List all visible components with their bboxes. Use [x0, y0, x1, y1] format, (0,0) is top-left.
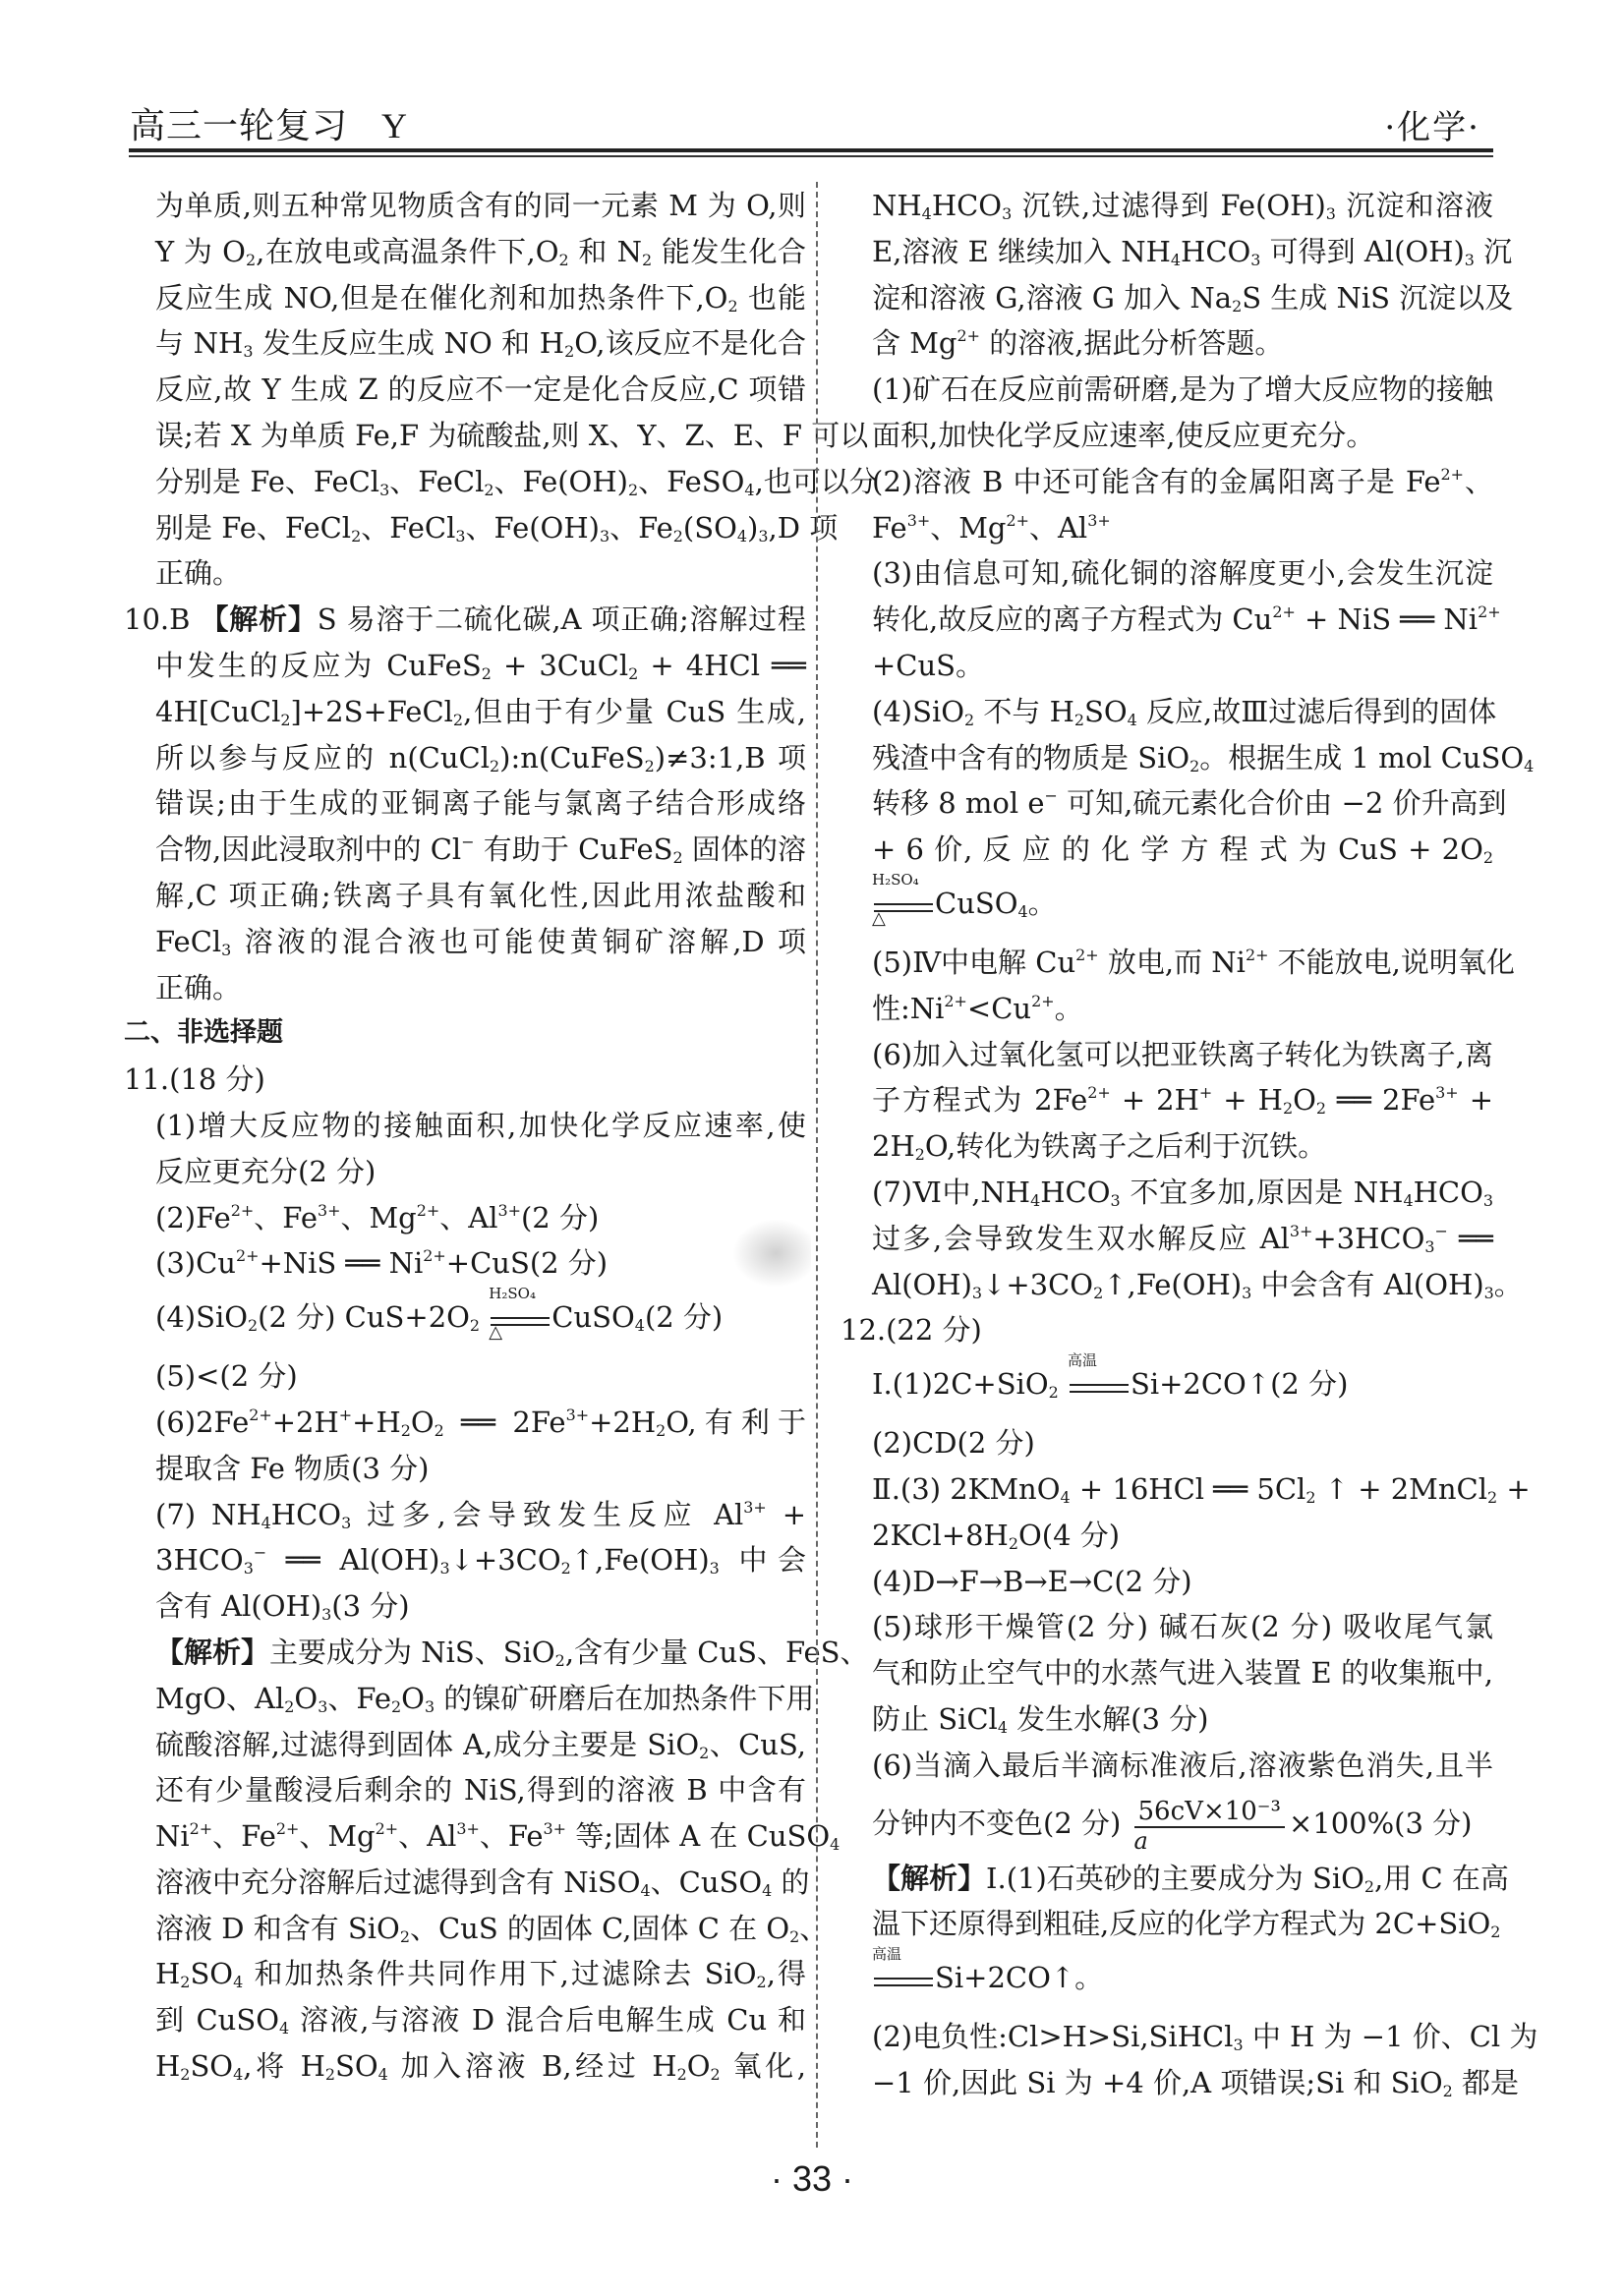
text-line: H₂SO₄△CuSO4。: [841, 873, 1493, 940]
text-line: Al(OH)3↓+3CO2↑,Fe(OH)3 中会含有 Al(OH)3。: [841, 1262, 1493, 1308]
text-line: (1)矿石在反应前需研磨,是为了增大反应物的接触: [841, 367, 1493, 413]
text-line: NH4HCO3 沉铁,过滤得到 Fe(OH)3 沉淀和溶液: [841, 183, 1493, 229]
header-course: 高三一轮复习: [130, 106, 348, 146]
text-line: (4)SiO2 不与 H2SO4 反应,故Ⅲ过滤后得到的固体: [841, 689, 1493, 735]
text-line: 含有 Al(OH)3(3 分): [124, 1583, 806, 1630]
text-line: 提取含 Fe 物质(3 分): [124, 1446, 806, 1492]
text-line: (7)Ⅵ中,NH4HCO3 不宜多加,原因是 NH4HCO3: [841, 1170, 1493, 1216]
text-line: (4)SiO2(2 分) CuS+2O2 H₂SO₄△CuSO4(2 分): [124, 1287, 806, 1353]
text-line: (1)增大反应物的接触面积,加快化学反应速率,使: [124, 1103, 806, 1149]
text-line: (6)加入过氧化氢可以把亚铁离子转化为铁离子,离: [841, 1032, 1493, 1078]
analysis-label: 【解析】: [200, 603, 317, 636]
text-line: (6)当滴入最后半滴标准液后,溶液紫色消失,且半: [841, 1743, 1493, 1789]
text-line: FeCl3 溶液的混合液也可能使黄铜矿溶解,D 项: [124, 919, 806, 965]
running-header-title: 高三一轮复习Y: [130, 98, 408, 148]
text-line: 硫酸溶解,过滤得到固体 A,成分主要是 SiO2、CuS,: [124, 1722, 806, 1768]
header-subject: ·化学·: [1384, 100, 1480, 148]
text-line: (6)2Fe2++2H++H2O2 ══ 2Fe3++2H2O,有利于: [124, 1400, 806, 1446]
text-line: 别是 Fe、FeCl2、FeCl3、Fe(OH)3、Fe2(SO4)3,D 项: [124, 505, 806, 551]
text-line: 解,C 项正确;铁离子具有氧化性,因此用浓盐酸和: [124, 873, 806, 919]
text-line: 4H[CuCl2]+2S+FeCl2,但由于有少量 CuS 生成,: [124, 689, 806, 735]
reaction-condition-arrow: H₂SO₄△: [489, 1299, 551, 1339]
text-line: 为单质,则五种常见物质含有的同一元素 M 为 O,则: [124, 183, 806, 229]
analysis-label: 【解析】: [872, 1862, 986, 1895]
text-line: (5)球形干燥管(2 分) 碱石灰(2 分) 吸收尾气氯: [841, 1604, 1493, 1650]
left-column: 为单质,则五种常见物质含有的同一元素 M 为 O,则Y 为 O2,在放电或高温条…: [124, 183, 806, 2090]
text-line: 与 NH3 发生反应生成 NO 和 H2O,该反应不是化合: [124, 320, 806, 367]
analysis-label: 【解析】: [155, 1636, 269, 1669]
text-line: 过多,会导致发生双水解反应 Al3++3HCO3− ══: [841, 1216, 1493, 1262]
text-line: Ni2+、Fe2+、Mg2+、Al3+、Fe3+ 等;固体 A 在 CuSO4: [124, 1813, 806, 1860]
text-line: 10.B 【解析】S 易溶于二硫化碳,A 项正确;溶解过程: [124, 597, 806, 643]
text-line: (4)D→F→B→E→C(2 分): [841, 1559, 1493, 1605]
text-line: (5)<(2 分): [124, 1353, 806, 1400]
fraction: 56cV×10⁻³a: [1134, 1797, 1285, 1854]
text-line: 温下还原得到粗硅,反应的化学方程式为 2C+SiO2: [841, 1901, 1493, 1947]
text-line: H2SO4,将 H2SO4 加入溶液 B,经过 H2O2 氧化,: [124, 2043, 806, 2090]
text-line: Ⅰ.(1)2C+SiO2 高温Si+2CO↑(2 分): [841, 1353, 1493, 1420]
header-rule-thick: [129, 148, 1493, 152]
text-line: 防止 SiCl4 发生水解(3 分): [841, 1696, 1493, 1743]
text-line: (2)电负性:Cl>H>Si,SiHCl3 中 H 为 −1 价、Cl 为: [841, 2014, 1493, 2060]
text-line: 淀和溶液 G,溶液 G 加入 Na2S 生成 NiS 沉淀以及: [841, 275, 1493, 321]
reaction-condition-arrow: 高温: [1068, 1366, 1131, 1406]
text-line: 二、非选择题: [124, 1010, 806, 1057]
text-line: 所以参与反应的 n(CuCl2):n(CuFeS2)≠3:1,B 项: [124, 735, 806, 781]
text-line: +CuS。: [841, 643, 1493, 689]
text-line: 【解析】主要成分为 NiS、SiO2,含有少量 CuS、FeS、: [124, 1630, 806, 1676]
text-line: 性:Ni2+<Cu2+。: [841, 986, 1493, 1032]
header-rule-thin: [129, 155, 1493, 157]
text-line: Ⅱ.(3) 2KMnO4 + 16HCl ══ 5Cl2 ↑ + 2MnCl2 …: [841, 1466, 1493, 1513]
scan-smudge: [732, 1219, 811, 1288]
text-line: 2KCl+8H2O(4 分): [841, 1513, 1493, 1559]
text-line: 含 Mg2+ 的溶液,据此分析答题。: [841, 320, 1493, 367]
text-line: 转移 8 mol e− 可知,硫元素化合价由 −2 价升高到: [841, 780, 1493, 827]
text-line: 分钟内不变色(2 分) 56cV×10⁻³a×100%(3 分): [841, 1789, 1493, 1856]
reaction-condition-arrow: H₂SO₄△: [872, 886, 935, 925]
text-line: 正确。: [124, 965, 806, 1011]
text-line: 中发生的反应为 CuFeS2 + 3CuCl2 + 4HCl ══: [124, 643, 806, 689]
text-line: (3)Cu2++NiS ══ Ni2++CuS(2 分): [124, 1240, 806, 1287]
text-line: 误;若 X 为单质 Fe,F 为硫酸盐,则 X、Y、Z、E、F 可以: [124, 413, 806, 459]
text-line: 【解析】Ⅰ.(1)石英砂的主要成分为 SiO2,用 C 在高: [841, 1856, 1493, 1902]
text-line: 分别是 Fe、FeCl3、FeCl2、Fe(OH)2、FeSO4,也可以分: [124, 459, 806, 505]
text-line: 气和防止空气中的水蒸气进入装置 E 的收集瓶中,: [841, 1650, 1493, 1696]
text-line: 溶液中充分溶解后过滤得到含有 NiSO4、CuSO4 的: [124, 1860, 806, 1906]
text-line: 12.(22 分): [841, 1307, 1493, 1353]
text-line: 高温Si+2CO↑。: [841, 1947, 1493, 2014]
text-line: 到 CuSO4 溶液,与溶液 D 混合后电解生成 Cu 和: [124, 1997, 806, 2043]
text-line: −1 价,因此 Si 为 +4 价,A 项错误;Si 和 SiO2 都是: [841, 2060, 1493, 2106]
page-number: · 33 ·: [0, 2158, 1624, 2200]
text-line: 错误;由于生成的亚铜离子能与氯离子结合形成络: [124, 780, 806, 827]
text-line: MgO、Al2O3、Fe2O3 的镍矿研磨后在加热条件下用: [124, 1676, 806, 1722]
text-line: (3)由信息可知,硫化铜的溶解度更小,会发生沉淀: [841, 550, 1493, 597]
text-line: H2SO4 和加热条件共同作用下,过滤除去 SiO2,得: [124, 1951, 806, 1997]
text-line: 11.(18 分): [124, 1057, 806, 1103]
text-line: 转化,故反应的离子方程式为 Cu2+ + NiS ══ Ni2+: [841, 597, 1493, 643]
text-line: 残渣中含有的物质是 SiO2。根据生成 1 mol CuSO4: [841, 735, 1493, 781]
right-column: NH4HCO3 沉铁,过滤得到 Fe(OH)3 沉淀和溶液E,溶液 E 继续加入…: [841, 183, 1493, 2106]
text-line: 面积,加快化学反应速率,使反应更充分。: [841, 413, 1493, 459]
text-line: (2)溶液 B 中还可能含有的金属阳离子是 Fe2+、: [841, 459, 1493, 505]
text-line: (7) NH4HCO3 过多,会导致发生反应 Al3+ +: [124, 1492, 806, 1538]
text-line: Y 为 O2,在放电或高温条件下,O2 和 N2 能发生化合: [124, 229, 806, 275]
text-line: 还有少量酸浸后剩余的 NiS,得到的溶液 B 中含有: [124, 1767, 806, 1813]
text-line: (5)Ⅳ中电解 Cu2+ 放电,而 Ni2+ 不能放电,说明氧化: [841, 940, 1493, 986]
text-line: 2H2O,转化为铁离子之后利于沉铁。: [841, 1123, 1493, 1170]
reaction-condition-arrow: 高温: [872, 1960, 935, 1999]
text-line: 反应生成 NO,但是在催化剂和加热条件下,O2 也能: [124, 275, 806, 321]
text-line: (2)Fe2+、Fe3+、Mg2+、Al3+(2 分): [124, 1195, 806, 1241]
text-line: 溶液 D 和含有 SiO2、CuS 的固体 C,固体 C 在 O2、: [124, 1906, 806, 1952]
text-line: 合物,因此浸取剂中的 Cl− 有助于 CuFeS2 固体的溶: [124, 827, 806, 873]
text-line: + 6 价, 反 应 的 化 学 方 程 式 为 CuS + 2O2: [841, 827, 1493, 873]
text-line: 子方程式为 2Fe2+ + 2H+ + H2O2 ══ 2Fe3+ +: [841, 1077, 1493, 1123]
text-line: E,溶液 E 继续加入 NH4HCO3 可得到 Al(OH)3 沉: [841, 229, 1493, 275]
text-line: (2)CD(2 分): [841, 1420, 1493, 1466]
text-line: 正确。: [124, 550, 806, 597]
text-line: 3HCO3− ══ Al(OH)3↓+3CO2↑,Fe(OH)3 中会: [124, 1537, 806, 1583]
text-line: 反应,故 Y 生成 Z 的反应不一定是化合反应,C 项错: [124, 367, 806, 413]
header-series: Y: [381, 106, 408, 145]
text-line: Fe3+、Mg2+、Al3+: [841, 505, 1493, 551]
text-line: 反应更充分(2 分): [124, 1149, 806, 1195]
column-divider: [816, 182, 818, 2148]
